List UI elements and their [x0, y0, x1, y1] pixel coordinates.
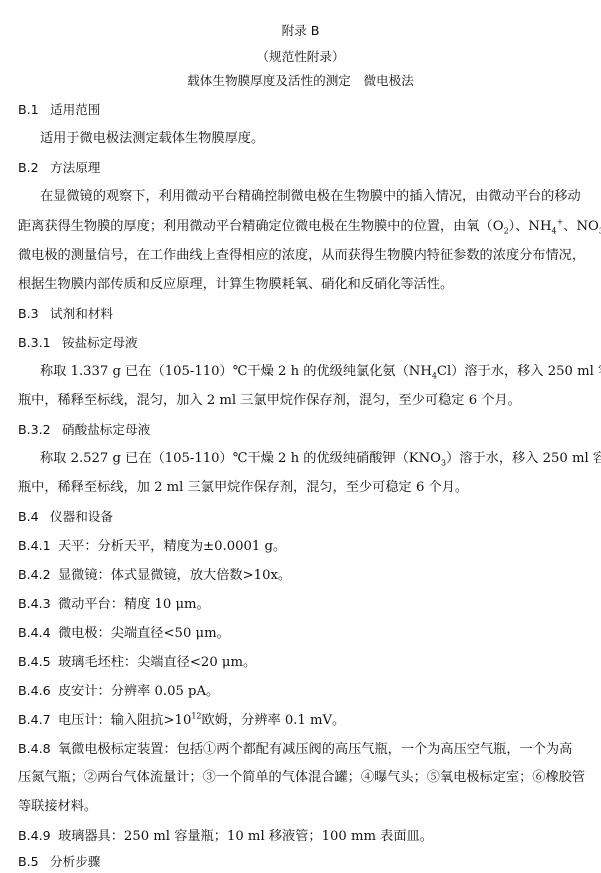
section-number: B.1: [18, 101, 46, 119]
paragraph-b2-line4: 根据生物膜内部传质和反应原理，计算生物膜耗氧、硝化和反硝化等活性。: [18, 276, 453, 294]
appendix-label: 附录 B: [0, 22, 601, 40]
section-heading-b5: B.5 分析步骤: [18, 853, 100, 871]
item-b42: B.4.2显微镜：体式显微镜，放大倍数>10x。: [18, 566, 291, 585]
item-text: 显微镜：体式显微镜，放大倍数>10x。: [58, 568, 291, 583]
text-fragment: 距离获得生物膜的厚度；利用微动平台精确定位微电极在生物膜中的位置，由氧（O: [18, 219, 504, 234]
section-title: 试剂和材料: [50, 306, 113, 321]
subscript: 4: [551, 227, 556, 236]
item-b48-line1: B.4.8氧微电极标定装置：包括①两个都配有减压阀的高压气瓶，一个为高压空气瓶，…: [18, 740, 572, 759]
item-number: B.4.4: [18, 624, 58, 642]
section-number: B.2: [18, 159, 46, 177]
text-fragment: 、NO: [563, 219, 599, 234]
item-number: B.4.6: [18, 682, 58, 700]
item-text: 玻璃毛坯柱：尖端直径<20 μm。: [58, 655, 256, 670]
paragraph-b2-line2: 距离获得生物膜的厚度；利用微动平台精确定位微电极在生物膜中的位置，由氧（O2）、…: [18, 218, 601, 236]
section-heading-b4: B.4 仪器和设备: [18, 508, 113, 526]
item-text: 天平：分析天平，精度为±0.0001 g。: [58, 539, 286, 554]
item-number: B.4.2: [18, 566, 58, 584]
section-heading-b1: B.1 适用范围: [18, 101, 100, 119]
section-title: 仪器和设备: [50, 509, 113, 524]
item-b45: B.4.5玻璃毛坯柱：尖端直径<20 μm。: [18, 653, 256, 672]
paragraph-b1: 适用于微电极法测定载体生物膜厚度。: [40, 130, 264, 148]
item-b48-line3: 等联接材料。: [18, 798, 97, 816]
item-b46: B.4.6皮安计：分辨率 0.05 pA。: [18, 682, 219, 701]
item-number: B.4.9: [18, 827, 58, 845]
section-heading-b2: B.2 方法原理: [18, 159, 100, 177]
section-heading-b32: B.3.2 硝酸盐标定母液: [18, 421, 150, 439]
section-title: 铵盐标定母液: [62, 335, 138, 350]
item-b49: B.4.9玻璃器具：250 ml 容量瓶；10 ml 移液管；100 mm 表面…: [18, 827, 433, 846]
item-text: 欧姆，分辨率 0.1 mV。: [202, 713, 346, 728]
paragraph-b2-line3: 微电极的测量信号，在工作曲线上查得相应的浓度，从而获得生物膜内特征参数的浓度分布…: [18, 247, 585, 265]
superscript: 12: [191, 712, 201, 721]
item-number: B.4.8: [18, 740, 58, 758]
section-title: 方法原理: [50, 160, 100, 175]
item-b47: B.4.7电压计：输入阻抗>1012欧姆，分辨率 0.1 mV。: [18, 711, 345, 730]
text-fragment: ）、NH: [509, 219, 552, 234]
item-text: 氧微电极标定装置：包括①两个都配有减压阀的高压气瓶，一个为高压空气瓶，一个为高: [58, 742, 572, 757]
section-number: B.3: [18, 305, 46, 323]
item-b41: B.4.1天平：分析天平，精度为±0.0001 g。: [18, 537, 286, 556]
page-title: 载体生物膜厚度及活性的测定 微电极法: [0, 72, 601, 90]
section-number: B.3.2: [18, 421, 58, 439]
section-number: B.3.1: [18, 334, 58, 352]
item-number: B.4.7: [18, 711, 58, 729]
section-number: B.5: [18, 853, 46, 871]
section-title: 分析步骤: [50, 854, 100, 869]
item-text: 玻璃器具：250 ml 容量瓶；10 ml 移液管；100 mm 表面皿。: [58, 829, 433, 844]
text-fragment: ）溶于水，移入 250 ml 容量: [446, 451, 601, 466]
item-b48-line2: 压氮气瓶；②两台气体流量计；③一个简单的气体混合罐；④曝气头；⑤氧电极标定室；⑥…: [18, 769, 585, 787]
item-b44: B.4.4微电极：尖端直径<50 μm。: [18, 624, 230, 643]
item-text: 皮安计：分辨率 0.05 pA。: [58, 684, 219, 699]
item-text: 微电极：尖端直径<50 μm。: [58, 626, 230, 641]
paragraph-b32-line1: 称取 2.527 g 已在（105-110）℃干燥 2 h 的优级纯硝酸钾（KN…: [40, 450, 601, 468]
text-fragment: 称取 1.337 g 已在（105-110）℃干燥 2 h 的优级纯氯化氨（NH: [40, 364, 432, 379]
paragraph-b31-line2: 瓶中，稀释至标线，混匀，加入 2 ml 三氯甲烷作保存剂，混匀，至少可稳定 6 …: [18, 392, 521, 410]
section-title: 硝酸盐标定母液: [62, 422, 150, 437]
item-number: B.4.5: [18, 653, 58, 671]
text-fragment: 称取 2.527 g 已在（105-110）℃干燥 2 h 的优级纯硝酸钾（KN…: [40, 451, 441, 466]
item-b43: B.4.3微动平台：精度 10 μm。: [18, 595, 210, 614]
section-title: 适用范围: [50, 102, 100, 117]
section-heading-b3: B.3 试剂和材料: [18, 305, 113, 323]
paragraph-b31-line1: 称取 1.337 g 已在（105-110）℃干燥 2 h 的优级纯氯化氨（NH…: [40, 363, 601, 381]
paragraph-b2-line1: 在显微镜的观察下，利用微动平台精确控制微电极在生物膜中的插入情况，由微动平台的移…: [40, 188, 581, 206]
item-text: 电压计：输入阻抗>10: [58, 713, 191, 728]
section-number: B.4: [18, 508, 46, 526]
appendix-type: （规范性附录）: [0, 48, 601, 66]
paragraph-b32-line2: 瓶中，稀释至标线，加 2 ml 三氯甲烷作保存剂，混匀，至少可稳定 6 个月。: [18, 479, 468, 497]
item-text: 微动平台：精度 10 μm。: [58, 597, 210, 612]
section-heading-b31: B.3.1 铵盐标定母液: [18, 334, 138, 352]
text-fragment: Cl）溶于水，移入 250 ml 容量: [437, 364, 601, 379]
item-number: B.4.3: [18, 595, 58, 613]
item-number: B.4.1: [18, 537, 58, 555]
